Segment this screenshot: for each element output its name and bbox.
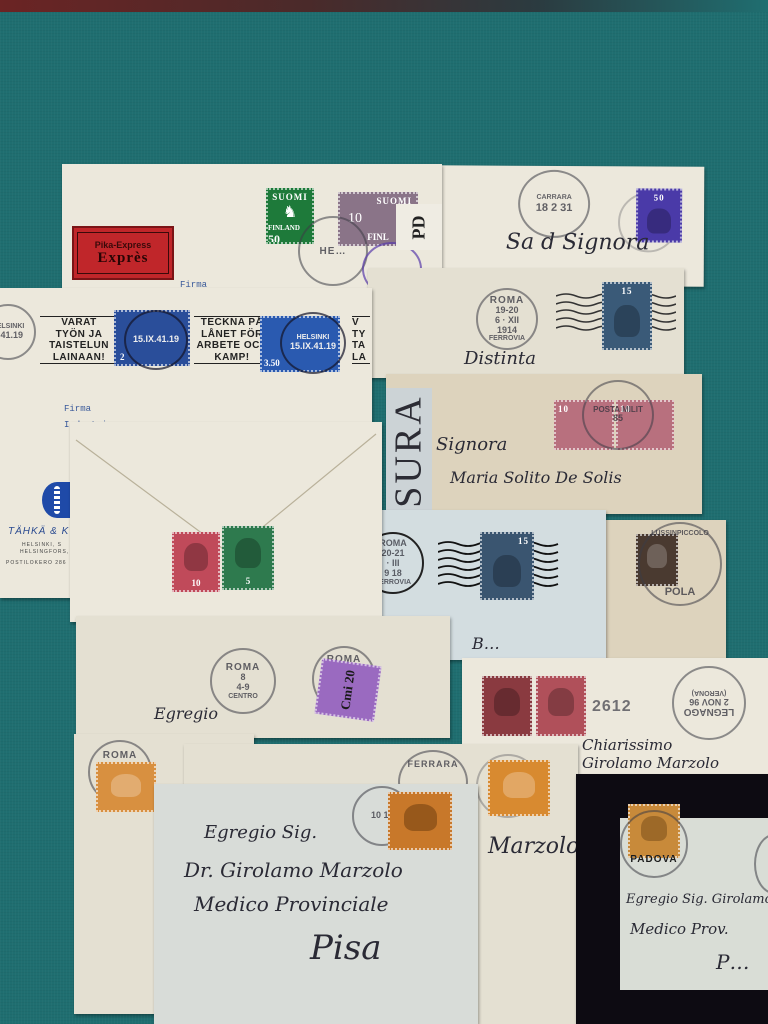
stamp-value: 15 xyxy=(622,284,633,296)
stamp-value: 50 xyxy=(654,190,665,202)
envelope-back: 10 5 xyxy=(70,422,382,622)
stamp-value: 15 xyxy=(518,534,532,546)
letterhead-company: TÄHKÄ & K xyxy=(8,526,69,537)
postmark: LUSSINPICCOLO POLA xyxy=(638,522,722,606)
envelope-roma-ferrovia-1914: ROMA 19-20 6 · XII 1914 FERROVIA 15 Dist… xyxy=(368,268,684,378)
postmark-year: 1914 xyxy=(497,326,517,336)
handwriting: Marzolo xyxy=(488,834,579,859)
handwriting: Signora xyxy=(436,434,507,455)
postmark-date: 15.IX.41.19 xyxy=(290,342,336,352)
postmark-city: FERRARA xyxy=(408,760,459,770)
slogan-line: KAMP! xyxy=(194,352,270,364)
stamp-country: SUOMI xyxy=(272,190,308,202)
portrait-icon xyxy=(614,305,639,337)
postmark: HELSINKI 15.IX.41.19 xyxy=(280,312,346,374)
portrait-icon xyxy=(111,774,142,797)
stamp-value: 10 xyxy=(556,402,569,414)
portrait-icon xyxy=(503,772,535,798)
postmark: ROMA 8 4-9 CENTRO xyxy=(210,648,276,714)
stamp-value: 2 xyxy=(116,352,125,364)
numeral-cancel: 2612 xyxy=(592,698,632,716)
envelope-censura: SURA 10 10 POSTA MILIT 85 Signora Maria … xyxy=(386,374,702,514)
express-label: Pika-Express Exprès xyxy=(72,226,174,280)
stamp-overprint: Cmi 20 xyxy=(337,669,358,711)
handwriting: Chiarissimo xyxy=(582,736,672,754)
express-label-line1: Pika-Express xyxy=(95,240,152,250)
postmark: HE… xyxy=(298,216,368,286)
postmark-city: LEGNAGO xyxy=(684,706,735,717)
handwriting: Egregio xyxy=(154,704,218,723)
postmark-date: 18 2 31 xyxy=(536,202,573,214)
postmark-city: PADOVA xyxy=(630,854,677,865)
portrait-icon xyxy=(647,208,670,233)
address-line: Egregio Sig. xyxy=(204,822,317,843)
postmark-year: 9 18 xyxy=(384,569,402,579)
slogan-line: TY xyxy=(352,329,370,341)
slogan-line: TAISTELUN xyxy=(40,340,118,352)
letterhead-address: HELSINGFORS, F xyxy=(20,549,76,555)
postmark-bottom: POLA xyxy=(665,586,696,598)
postmark-date: 7.41.19 xyxy=(0,331,23,341)
postmark-date: 4-9 xyxy=(236,683,249,693)
letterhead-address: POSTILOKERO 286 xyxy=(6,560,67,566)
postmark-city: LUSSINPICCOLO xyxy=(651,530,709,538)
address-line: Medico Prov. xyxy=(630,920,729,938)
address-line: P… xyxy=(716,950,749,974)
postmark: POSTA MILIT 85 xyxy=(582,380,654,450)
typed-address: Firma xyxy=(64,404,91,414)
postmark-city: HE… xyxy=(320,246,347,257)
envelope-mourning: PADOVA Egregio Sig. Girolamo Medico Prov… xyxy=(576,774,768,1024)
stamp-value: 3.50 xyxy=(262,358,280,370)
pd-strip: PD xyxy=(396,204,442,250)
handwriting: Girolamo Marzolo xyxy=(582,754,719,772)
slogan-line: V xyxy=(352,317,370,329)
postmark-date: 15.IX.41.19 xyxy=(133,335,179,345)
censor-strip: SURA xyxy=(386,388,432,514)
address-line: Egregio Sig. Girolamo xyxy=(626,892,768,907)
handwriting: Distinta xyxy=(464,348,536,369)
stamp: 15 xyxy=(480,532,534,600)
letterhead-address: HELSINKI, S xyxy=(22,542,62,548)
stamp-value: 10 xyxy=(192,578,201,590)
slogan-line: ARBETE OCH xyxy=(194,340,270,352)
stamp: 5 xyxy=(222,526,274,590)
postmark: 15.IX.41.19 xyxy=(124,310,188,370)
stamp xyxy=(536,676,586,736)
slogan-line: TYÖN JA xyxy=(40,329,118,341)
handwriting: B… xyxy=(472,634,500,653)
handwriting: Sa d Signora xyxy=(506,230,650,256)
envelope-flap-lines xyxy=(70,422,382,622)
stamp xyxy=(96,762,156,812)
postmark: HELSINKI 7.41.19 xyxy=(0,304,36,360)
postmark: ROMA 19-20 6 · XII 1914 FERROVIA xyxy=(476,288,538,350)
portrait-icon xyxy=(184,543,208,571)
address-line: Pisa xyxy=(310,928,381,968)
postmark-city: CARRARA xyxy=(536,194,571,202)
portrait-icon xyxy=(493,555,521,587)
slogan-line: TECKNA PÅ xyxy=(194,317,270,329)
censor-label: SURA xyxy=(387,394,431,507)
envelope-lussinpiccolo: LUSSINPICCOLO POLA xyxy=(600,520,726,658)
slogan-fi-partial: V TY TA LA xyxy=(352,316,370,364)
envelope-roma-centro: ROMA 8 4-9 CENTRO ROMA Cmi 20 Egregio xyxy=(76,616,450,738)
postmark-bottom: FERROVIA xyxy=(489,335,525,343)
postmark-bottom: CENTRO xyxy=(228,693,258,701)
slogan-line: LAINAAN! xyxy=(40,352,118,364)
postmark-region: (VERONA) xyxy=(692,689,727,697)
postmark: CARRARA 18 2 31 xyxy=(518,170,590,238)
stamp: 10 xyxy=(172,532,220,592)
wheat-logo-icon xyxy=(42,482,72,518)
slogan-line: VARAT xyxy=(40,317,118,329)
slogan-line: LÅNET FÖR xyxy=(194,329,270,341)
stamp-value: 5 xyxy=(246,576,251,588)
slogan-fi: VARAT TYÖN JA TAISTELUN LAINAAN! xyxy=(40,316,118,364)
slogan-line: TA xyxy=(352,340,370,352)
stamp-value: 50 xyxy=(268,232,280,244)
express-label-line2: Exprès xyxy=(98,250,149,267)
pd-mark: PD xyxy=(409,215,430,239)
portrait-icon xyxy=(235,538,261,568)
slogan-line: LA xyxy=(352,352,370,364)
postmark-date: 2 NOV 96 xyxy=(689,696,729,706)
background-edge xyxy=(0,0,768,12)
address-line: Medico Provinciale xyxy=(194,892,389,916)
portrait-icon xyxy=(404,804,437,831)
envelope-pisa: 10 11 Egregio Sig. Dr. Girolamo Marzolo … xyxy=(154,784,478,1024)
address-line: Dr. Girolamo Marzolo xyxy=(184,858,403,882)
stamp-country-bottom: FINLAND xyxy=(268,224,300,232)
stamp: 15 xyxy=(602,282,652,350)
postmark-city: ROMA xyxy=(103,750,138,761)
postmark: PADOVA xyxy=(620,810,688,878)
portrait-icon xyxy=(494,688,519,716)
stamp xyxy=(482,676,532,736)
slogan-sv: TECKNA PÅ LÅNET FÖR ARBETE OCH KAMP! xyxy=(194,316,270,364)
postmark-number: 85 xyxy=(613,414,623,424)
stamp: Cmi 20 xyxy=(314,658,381,722)
portrait-icon xyxy=(548,688,573,716)
lion-icon: ♞ xyxy=(283,202,297,222)
stamp xyxy=(488,760,550,816)
stamp xyxy=(388,792,452,850)
postmark: LEGNAGO 2 NOV 96 (VERONA) xyxy=(672,666,746,740)
handwriting: Maria Solito De Solis xyxy=(450,468,622,487)
